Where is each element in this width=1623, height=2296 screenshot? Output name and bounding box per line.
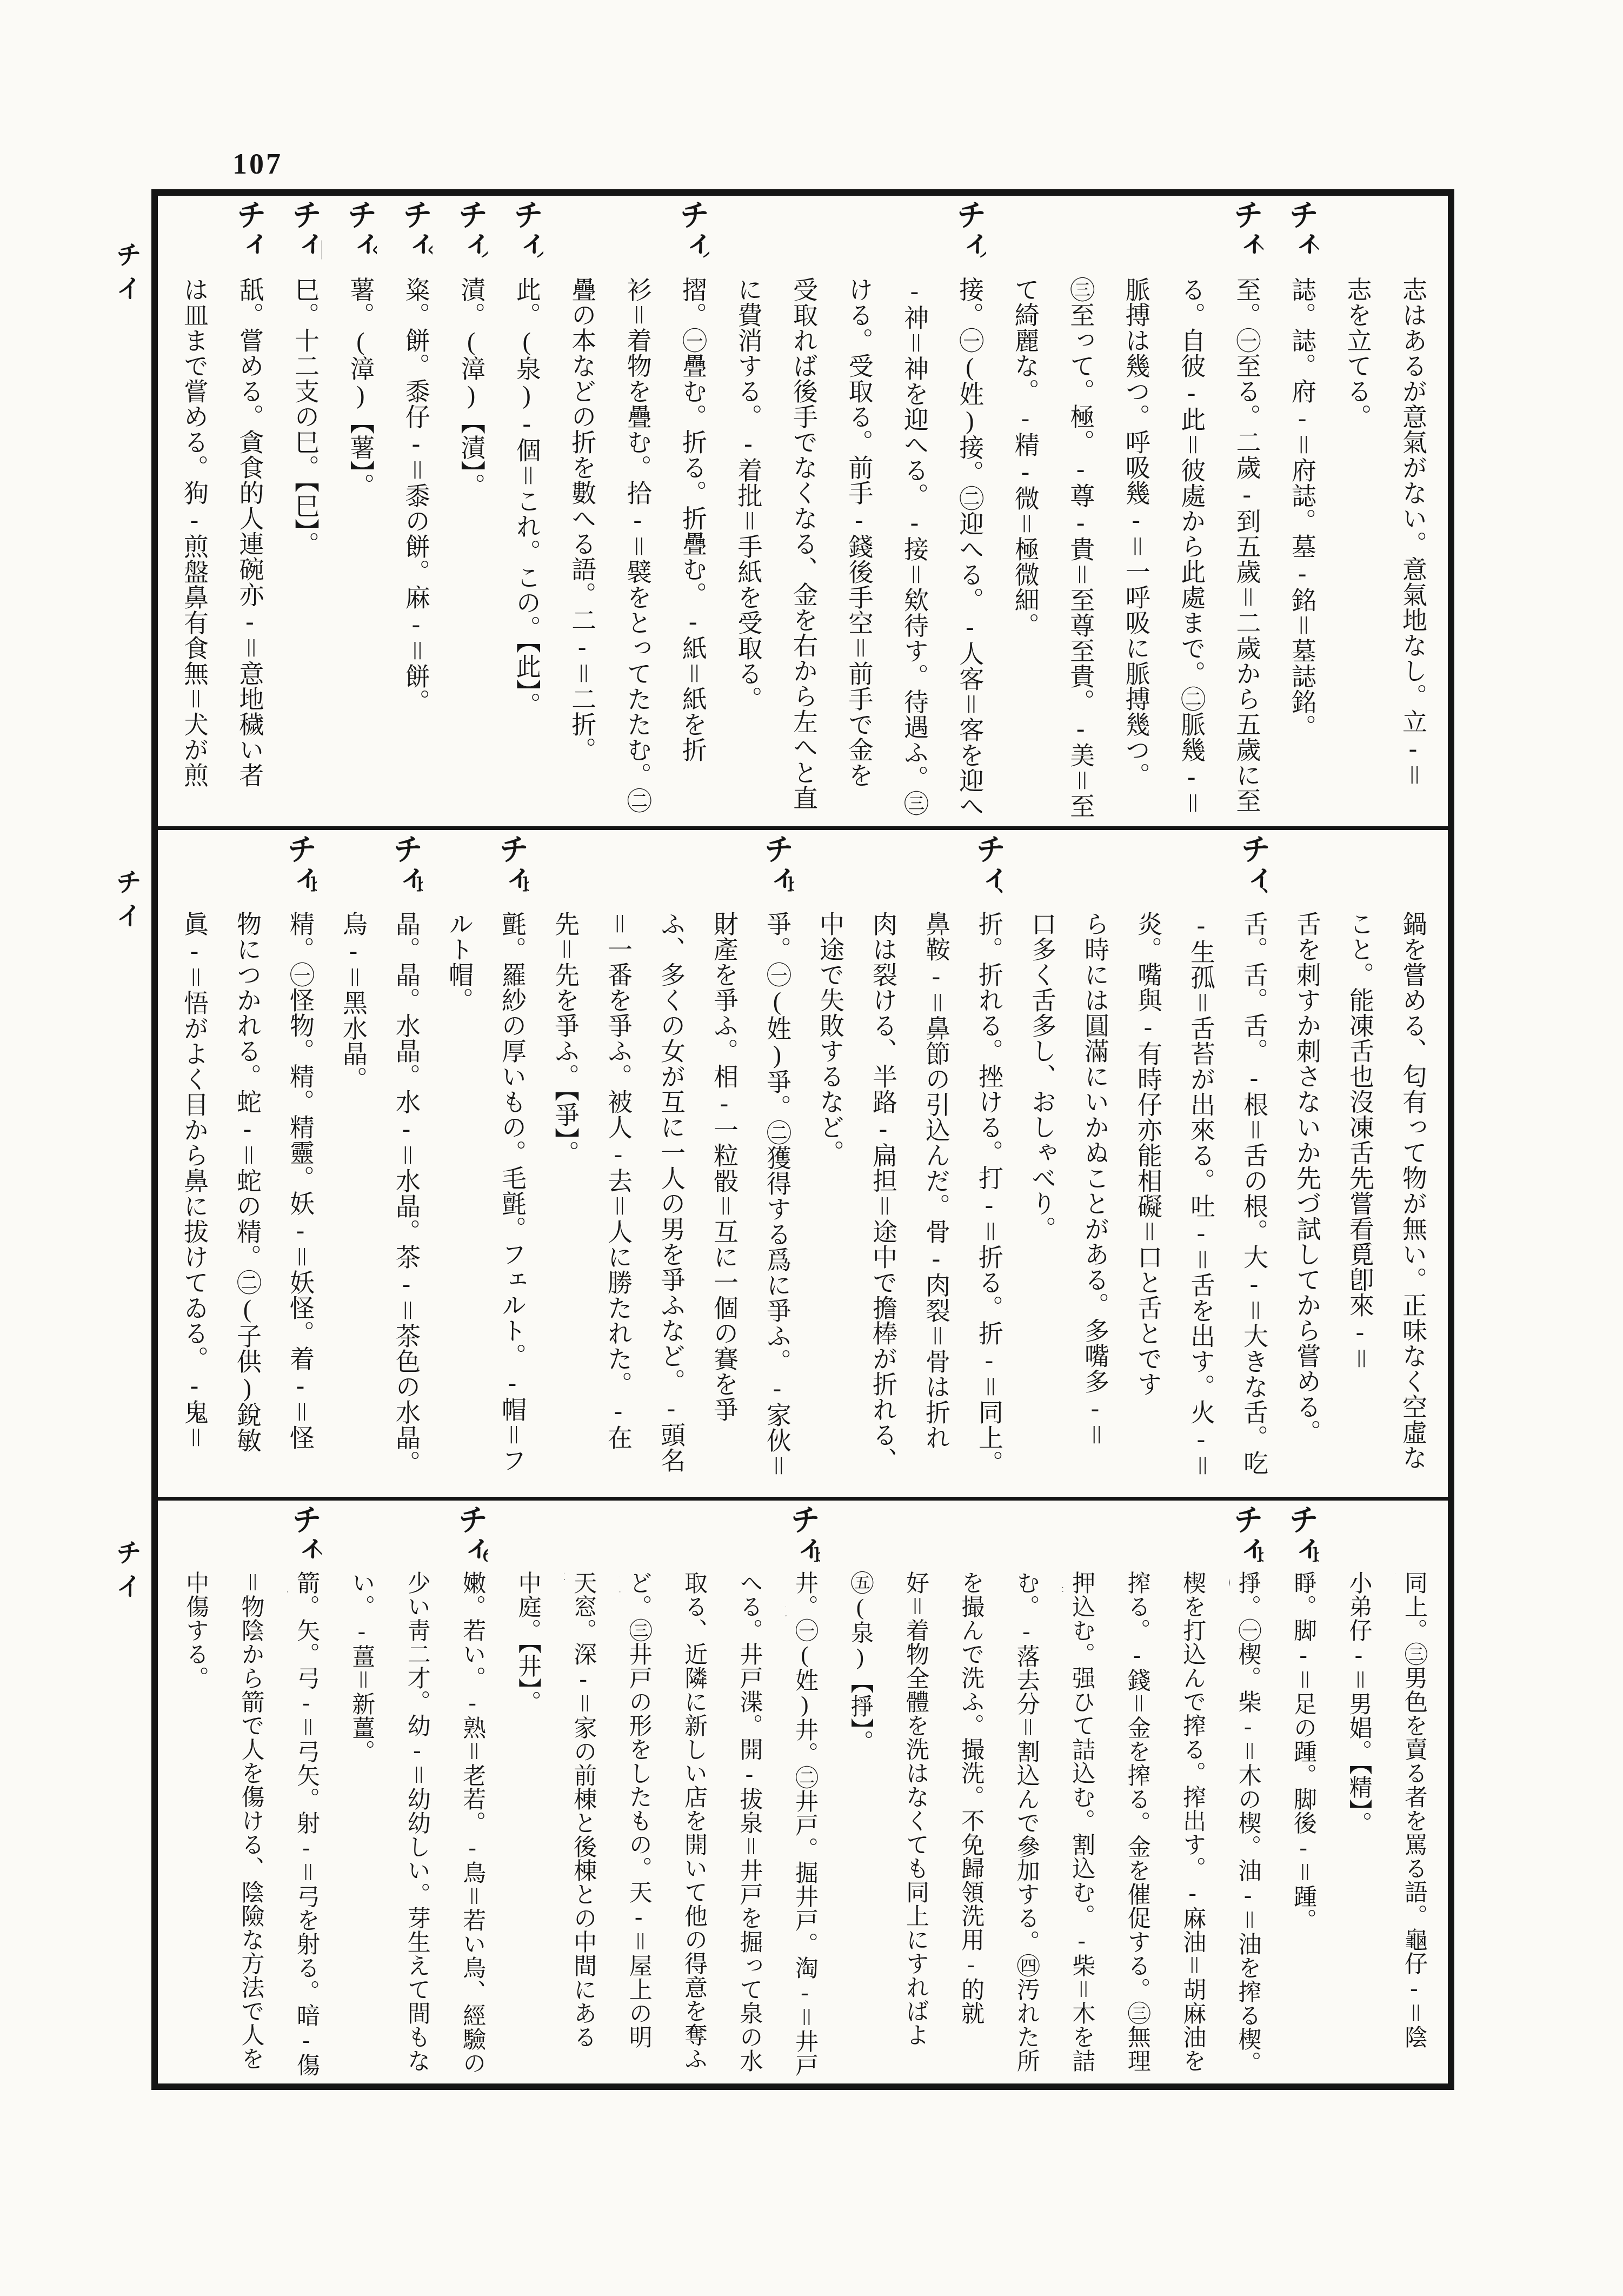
column-text: 中庭。【井】。 <box>515 1571 541 1714</box>
column-text: 箭。矢。弓-＝弓矢。射-＝弓を射る。暗-傷人 <box>287 1571 319 2077</box>
text-column: チィノ接。㊀(姓)接。㊁迎へる。-人客＝客を迎へる。 <box>952 196 986 826</box>
column-text: 搾る。-錢＝金を搾る。金を催促する。㊂無理に <box>1118 1571 1150 2073</box>
column-text: -神＝神を迎へる。-接＝欸待す。待遇ふ。㊂受 <box>896 277 928 816</box>
column-text: 小弟仔-＝男娼。【精】。 <box>1346 1571 1372 1835</box>
section-band-2: 鍋を嘗める、匂有って物が無い。正味なく空虛なこと。能凍舌也沒凍舌先嘗看覓卽來-＝… <box>158 826 1448 1497</box>
tone-mark: ＼ <box>1255 236 1263 262</box>
text-column: チィ、折。折れる。挫ける。打-＝折る。折-＝同上。 <box>971 830 1006 1497</box>
text-column: 天窓。深-＝家の前棟と後棟との中間にある所。 <box>564 1501 598 2083</box>
column-text: 接。㊀(姓)接。㊁迎へる。-人客＝客を迎へる。 <box>952 277 983 819</box>
text-column: む。-落去分＝割込んで參加する。㊃汚れた所 <box>1007 1501 1042 2083</box>
margin-label-band-1: チイ <box>114 241 145 308</box>
column-text: 天窓。深-＝家の前棟と後棟との中間にある所。 <box>564 1571 596 2049</box>
text-column: 疊の本などの折を數へる語。二-＝二折。 <box>564 196 598 826</box>
tone-mark: ノ <box>977 236 986 262</box>
text-column: 好＝着物全體を洗はなくても同上にすればよい。 <box>896 1501 931 2083</box>
column-text: 物につかれる。蛇-＝蛇の精。㊁(子供)銳敏な。 <box>229 911 261 1453</box>
tone-mark: ６ <box>479 1541 488 1567</box>
column-text: ㊄(泉)【掙】。 <box>847 1571 873 1754</box>
text-column: ＝物陰から箭で人を傷ける、陰險な方法で人を <box>231 1501 266 2083</box>
column-text: 疊の本などの折を數へる語。二-＝二折。 <box>568 277 596 762</box>
text-column: 取る、近隣に新しい店を開いて他の得意を奪ふな <box>675 1501 709 2083</box>
column-text: 誌。誌。府-＝府誌。墓-銘＝墓誌銘。 <box>1288 277 1316 740</box>
column-text: ㊂至って。極。-尊-貴＝至尊至貴。-美＝至っ <box>1062 277 1094 819</box>
column-text: 睜。脚-＝足の踵。脚後-＝踵。 <box>1291 1571 1316 1932</box>
column-text: る。自彼-此＝彼處から此處まで。㊁脈幾-＝ <box>1178 277 1205 816</box>
column-text: 財產を爭ふ。相-一粒骰＝互に一個の賽を爭 <box>710 911 738 1422</box>
tone-mark: 、 <box>1262 870 1271 897</box>
tone-mark: ｂ <box>308 870 317 897</box>
text-column: チィく薯。(漳)【薯】。 <box>342 196 377 826</box>
column-text: ＝一番を爭ふ。被人-去＝人に勝たれた。-在 <box>604 911 632 1450</box>
column-text: -生孤＝舌苔が出來る。吐-＝舌を出す。火-＝ <box>1187 911 1215 1478</box>
text-column: へる。井戸渫。開-拔泉＝井戸を掘って泉の水を <box>730 1501 765 2083</box>
column-text: 摺。㊀疊む。折る。折疊む。-紙＝紙を折る。- <box>675 277 707 762</box>
text-column: 財產を爭ふ。相-一粒骰＝互に一個の賽を爭 <box>706 830 741 1497</box>
column-text: へる。井戸渫。開-拔泉＝井戸を掘って泉の水を <box>730 1571 762 2073</box>
tone-mark: ｂ <box>1310 1541 1319 1567</box>
text-column: チィノ摺。㊀疊む。折る。折疊む。-紙＝紙を折る。- <box>675 196 709 826</box>
text-column: ける。受取る。前手-錢後手空＝前手で金を <box>841 196 875 826</box>
tone-mark: く <box>424 236 433 262</box>
column-text: 井。㊀(姓)井。㊁井戸。掘井戸。淘-＝井戸を浚 <box>786 1571 817 2077</box>
column-text: 精。㊀怪物。精。精靈。妖-＝妖怪。着-＝怪 <box>287 911 314 1450</box>
column-text: 志はあるが意氣がない。意氣地なし。立-＝ <box>1399 277 1427 788</box>
text-column: チィく粢。餅。黍仔-＝黍の餅。麻-＝餅。 <box>398 196 433 826</box>
column-text: に費消する。-着批＝手紙を受取る。 <box>735 277 762 712</box>
text-column: こと。能凍舌也沒凍舌先嘗看覓卽來-＝ <box>1342 830 1376 1497</box>
text-column: 受取れば後手でなくなる、金を右から左へと直ち <box>786 196 820 826</box>
column-text: 舌。舌。舌。-根＝舌の根。大-＝大きな舌。吃 <box>1240 911 1268 1476</box>
tone-mark: ｂ <box>1255 1541 1263 1567</box>
column-text: 眞-＝悟がよく目から鼻に拔けてゐる。-鬼＝ <box>181 911 208 1450</box>
column-text: い。-薑＝新薑。 <box>349 1571 374 1763</box>
text-column: 眞-＝悟がよく目から鼻に拔けてゐる。-鬼＝ <box>176 830 211 1497</box>
column-text: 舌を刺すか刺さないか先づ試してから嘗める。 <box>1293 911 1321 1445</box>
text-column: チィノ此。(泉)-個＝これ。この。【此】。 <box>509 196 543 826</box>
tone-mark: 、 <box>997 870 1006 897</box>
column-text: は皿まで嘗める。狗-煎盤鼻有食無＝犬が煎 <box>181 277 208 788</box>
column-text: 受取れば後手でなくなる、金を右から左へと直ち <box>786 277 817 811</box>
text-column: 同上。㊂男色を賣る者を罵る語。龜仔-＝陰間。 <box>1395 1501 1429 2083</box>
tone-mark: ｂ <box>785 870 794 897</box>
text-column: 口多く舌多し、おしゃべり。 <box>1024 830 1059 1497</box>
column-text: 鼻鞍-＝鼻節の引込んだ。骨-肉裂＝骨は折れ <box>922 911 950 1450</box>
text-column: 鼻鞍-＝鼻節の引込んだ。骨-肉裂＝骨は折れ <box>918 830 953 1497</box>
text-column: る。自彼-此＝彼處から此處まで。㊁脈幾-＝ <box>1173 196 1208 826</box>
text-column: チィ６嫩。若い。-熟＝老若。-鳥＝若い鳥、經驗の <box>453 1501 488 2083</box>
text-column: チィ＼箭。矢。弓-＝弓矢。射-＝弓を射る。暗-傷人 <box>287 1501 322 2083</box>
section-band-1: 志はあるが意氣がない。意氣地なし。立-＝志を立てる。チィ＼誌。誌。府-＝府誌。墓… <box>158 196 1448 826</box>
text-column: チィｂ爭。㊀(姓)爭。㊁獲得する爲に爭ふ。-家伙＝ <box>759 830 794 1497</box>
page-number: 107 <box>232 147 283 181</box>
text-column: -神＝神を迎へる。-接＝欸待す。待遇ふ。㊂受 <box>896 196 931 826</box>
text-column: 中庭。【井】。 <box>509 1501 543 2083</box>
column-text: 晶。晶。水晶。水-＝水晶。茶-＝茶色の水晶。 <box>393 911 420 1476</box>
column-text: 漬。(漳)【漬】。 <box>457 277 485 499</box>
text-column: 志はあるが意氣がない。意氣地なし。立-＝ <box>1395 196 1429 826</box>
column-text: む。-落去分＝割込んで參加する。㊃汚れた所 <box>1014 1571 1039 2073</box>
text-column: を撮んで洗ふ。撮洗。不免歸領洗用-的就 <box>952 1501 986 2083</box>
column-text: 舐。嘗める。貪食的人連碗亦-＝意地穢い者 <box>236 277 263 788</box>
dictionary-frame: 志はあるが意氣がない。意氣地なし。立-＝志を立てる。チィ＼誌。誌。府-＝府誌。墓… <box>151 189 1454 2090</box>
column-text: 炎。嘴與-有時仔亦能相礙＝口と舌とです <box>1134 911 1162 1397</box>
column-text: 折。折れる。挫ける。打-＝折る。折-＝同上。 <box>975 911 1003 1476</box>
margin-label-band-2: チイ <box>114 868 145 935</box>
column-text: 嫩。若い。-熟＝老若。-鳥＝若い鳥、經驗の <box>460 1571 485 2075</box>
text-column: 物につかれる。蛇-＝蛇の精。㊁(子供)銳敏な。 <box>229 830 264 1497</box>
text-column: 小弟仔-＝男娼。【精】。 <box>1340 1501 1374 2083</box>
column-text: 脈搏は幾つ。呼吸幾-＝一呼吸に脈搏幾つ。 <box>1122 277 1150 788</box>
text-column: チィノ漬。(漳)【漬】。 <box>453 196 488 826</box>
column-text: 口多く舌多し、おしゃべり。 <box>1028 911 1056 1242</box>
text-column: 少い靑二才。幼-＝幼幼しい。芽生えて間もな <box>398 1501 433 2083</box>
column-text: 先＝先を爭ふ。【爭】。 <box>551 911 579 1166</box>
text-column: ㊄(泉)【掙】。 <box>841 1501 875 2083</box>
margin-label-band-3: チイ <box>114 1539 145 1606</box>
column-text: 中傷する。 <box>183 1571 208 1690</box>
text-column: チィ｜巳。十二支の巳。【巳】。 <box>287 196 322 826</box>
column-text: ＝物陰から箭で人を傷ける、陰險な方法で人を <box>238 1571 263 2071</box>
text-column: 先＝先を爭ふ。【爭】。 <box>547 830 582 1497</box>
column-text: 好＝着物全體を洗はなくても同上にすればよい。 <box>896 1571 928 2047</box>
text-column: チィ＼至。㊀至る。二歲-到五歲＝二歲から五歲に至 <box>1229 196 1263 826</box>
column-text: 爭。㊀(姓)爭。㊁獲得する爲に爭ふ。-家伙＝ <box>763 911 791 1478</box>
text-column: は皿まで嘗める。狗-煎盤鼻有食無＝犬が煎 <box>176 196 211 826</box>
section-band-3: 同上。㊂男色を賣る者を罵る語。龜仔-＝陰間。小弟仔-＝男娼。【精】。チィｂ睜。脚… <box>158 1497 1448 2083</box>
tone-mark: ＼ <box>313 1541 322 1567</box>
column-text: 押込む。强ひて詰込む。割込む。-柴＝木を詰込 <box>1062 1571 1094 2073</box>
column-text: ら時には圓滿にいかぬことがある。多嘴多-＝ <box>1081 911 1109 1448</box>
tone-mark: ｜ <box>257 236 266 262</box>
text-column: ど。㊂井戸の形をしたもの。天-＝屋上の明取。 <box>620 1501 654 2083</box>
tone-mark: ｜ <box>313 236 322 262</box>
tone-mark: ｂ <box>811 1541 820 1567</box>
text-column: チィ、舌。舌。舌。-根＝舌の根。大-＝大きな舌。吃 <box>1236 830 1271 1497</box>
column-text: ふ、多くの女が互に一人の男を爭ふなど。-頭名 <box>657 911 685 1473</box>
column-text: 至。㊀至る。二歲-到五歲＝二歲から五歲に至 <box>1233 277 1261 813</box>
column-text: 肉は裂ける、半路-扁担＝途中で擔棒が折れる、 <box>869 911 897 1473</box>
text-column: チィｂ井。㊀(姓)井。㊁井戸。掘井戸。淘-＝井戸を浚 <box>786 1501 820 2083</box>
text-column: ルト帽。 <box>441 830 476 1497</box>
text-column: チィｂ氈。羅紗の厚いもの。毛氈。フェルト。-帽＝フェ <box>494 830 529 1497</box>
text-column: 脈搏は幾つ。呼吸幾-＝一呼吸に脈搏幾つ。 <box>1118 196 1153 826</box>
column-text: 鍋を嘗める、匂有って物が無い。正味なく空虛な <box>1399 911 1427 1470</box>
text-column: -生孤＝舌苔が出來る。吐-＝舌を出す。火-＝ <box>1183 830 1218 1497</box>
column-text: こと。能凍舌也沒凍舌先嘗看覓卽來-＝ <box>1346 911 1374 1371</box>
column-text: 此。(泉)-個＝これ。この。【此】。 <box>513 277 541 718</box>
text-column: い。-薑＝新薑。 <box>342 1501 377 2083</box>
text-column: に費消する。-着批＝手紙を受取る。 <box>730 196 765 826</box>
column-text: 取る、近隣に新しい店を開いて他の得意を奪ふな <box>675 1571 707 2071</box>
tone-mark: ノ <box>479 236 488 262</box>
text-column: ら時には圓滿にいかぬことがある。多嘴多-＝ <box>1077 830 1112 1497</box>
column-text: ど。㊂井戸の形をしたもの。天-＝屋上の明取。 <box>620 1571 651 2049</box>
tone-mark: ｂ <box>520 870 529 897</box>
text-column: ＝一番を爭ふ。被人-去＝人に勝たれた。-在 <box>600 830 635 1497</box>
column-text: 掙。㊀楔。柴-＝木の楔。油-＝油を搾る楔。㊁ <box>1229 1571 1261 2075</box>
column-text: 志を立てる。 <box>1344 277 1372 429</box>
column-text: ルト帽。 <box>445 911 473 1013</box>
text-column: 舌を刺すか刺さないか先づ試してから嘗める。 <box>1289 830 1323 1497</box>
text-column: 中傷する。 <box>176 1501 211 2083</box>
column-text: 薯。(漳)【薯】。 <box>347 277 374 499</box>
text-column: ㊂至って。極。-尊-貴＝至尊至貴。-美＝至っ <box>1062 196 1097 826</box>
column-text: て綺麗な。-精-微＝極微細。 <box>1012 277 1039 638</box>
text-column: て綺麗な。-精-微＝極微細。 <box>1007 196 1042 826</box>
text-column: 楔を打込んで搾る。搾出す。-麻油＝胡麻油を <box>1173 1501 1208 2083</box>
text-column: チィｂ掙。㊀楔。柴-＝木の楔。油-＝油を搾る楔。㊁ <box>1229 1501 1263 2083</box>
text-column: チィ＼誌。誌。府-＝府誌。墓-銘＝墓誌銘。 <box>1284 196 1319 826</box>
tone-mark: ＼ <box>1310 236 1319 262</box>
text-column: チィｂ睜。脚-＝足の踵。脚後-＝踵。 <box>1284 1501 1319 2083</box>
column-text: 衫＝着物を疊む。拾-＝襞をとってたたむ。㊁折 <box>620 277 651 813</box>
tone-mark: く <box>368 236 377 262</box>
tone-mark: ノ <box>701 236 709 262</box>
text-column: 中途で失敗するなど。 <box>812 830 847 1497</box>
text-column: 志を立てる。 <box>1340 196 1374 826</box>
column-text: を撮んで洗ふ。撮洗。不免歸領洗用-的就 <box>958 1571 983 2025</box>
column-text: 烏-＝黑水晶。 <box>340 911 367 1092</box>
text-column: チィｂ晶。晶。水晶。水-＝水晶。茶-＝茶色の水晶。 <box>388 830 423 1497</box>
column-text: 中途で失敗するなど。 <box>816 911 844 1165</box>
column-text: 同上。㊂男色を賣る者を罵る語。龜仔-＝陰間。 <box>1395 1571 1427 2049</box>
column-text: 楔を打込んで搾る。搾出す。-麻油＝胡麻油を <box>1180 1571 1205 2073</box>
column-text: 氈。羅紗の厚いもの。毛氈。フェルト。-帽＝フェ <box>494 911 526 1473</box>
column-text: 粢。餅。黍仔-＝黍の餅。麻-＝餅。 <box>402 277 430 714</box>
text-column: 炎。嘴與-有時仔亦能相礙＝口と舌とです <box>1130 830 1165 1497</box>
column-text: ける。受取る。前手-錢後手空＝前手で金を <box>845 277 873 788</box>
text-column: 肉は裂ける、半路-扁担＝途中で擔棒が折れる、 <box>865 830 900 1497</box>
tone-mark: ノ <box>535 236 543 262</box>
text-column: 鍋を嘗める、匂有って物が無い。正味なく空虛な <box>1395 830 1429 1497</box>
text-column: ふ、多くの女が互に一人の男を爭ふなど。-頭名 <box>653 830 688 1497</box>
column-text: 少い靑二才。幼-＝幼幼しい。芽生えて間もな <box>404 1571 430 2073</box>
text-column: 衫＝着物を疊む。拾-＝襞をとってたたむ。㊁折 <box>620 196 654 826</box>
text-column: チィ｜舐。嘗める。貪食的人連碗亦-＝意地穢い者 <box>231 196 266 826</box>
text-column: チィｂ精。㊀怪物。精。精靈。妖-＝妖怪。着-＝怪 <box>282 830 317 1497</box>
text-column: 押込む。强ひて詰込む。割込む。-柴＝木を詰込 <box>1062 1501 1097 2083</box>
text-column: 烏-＝黑水晶。 <box>335 830 370 1497</box>
text-column: 搾る。-錢＝金を搾る。金を催促する。㊂無理に <box>1118 1501 1153 2083</box>
tone-mark: ｂ <box>414 870 423 897</box>
column-text: 巳。十二支の巳。【巳】。 <box>291 277 319 557</box>
